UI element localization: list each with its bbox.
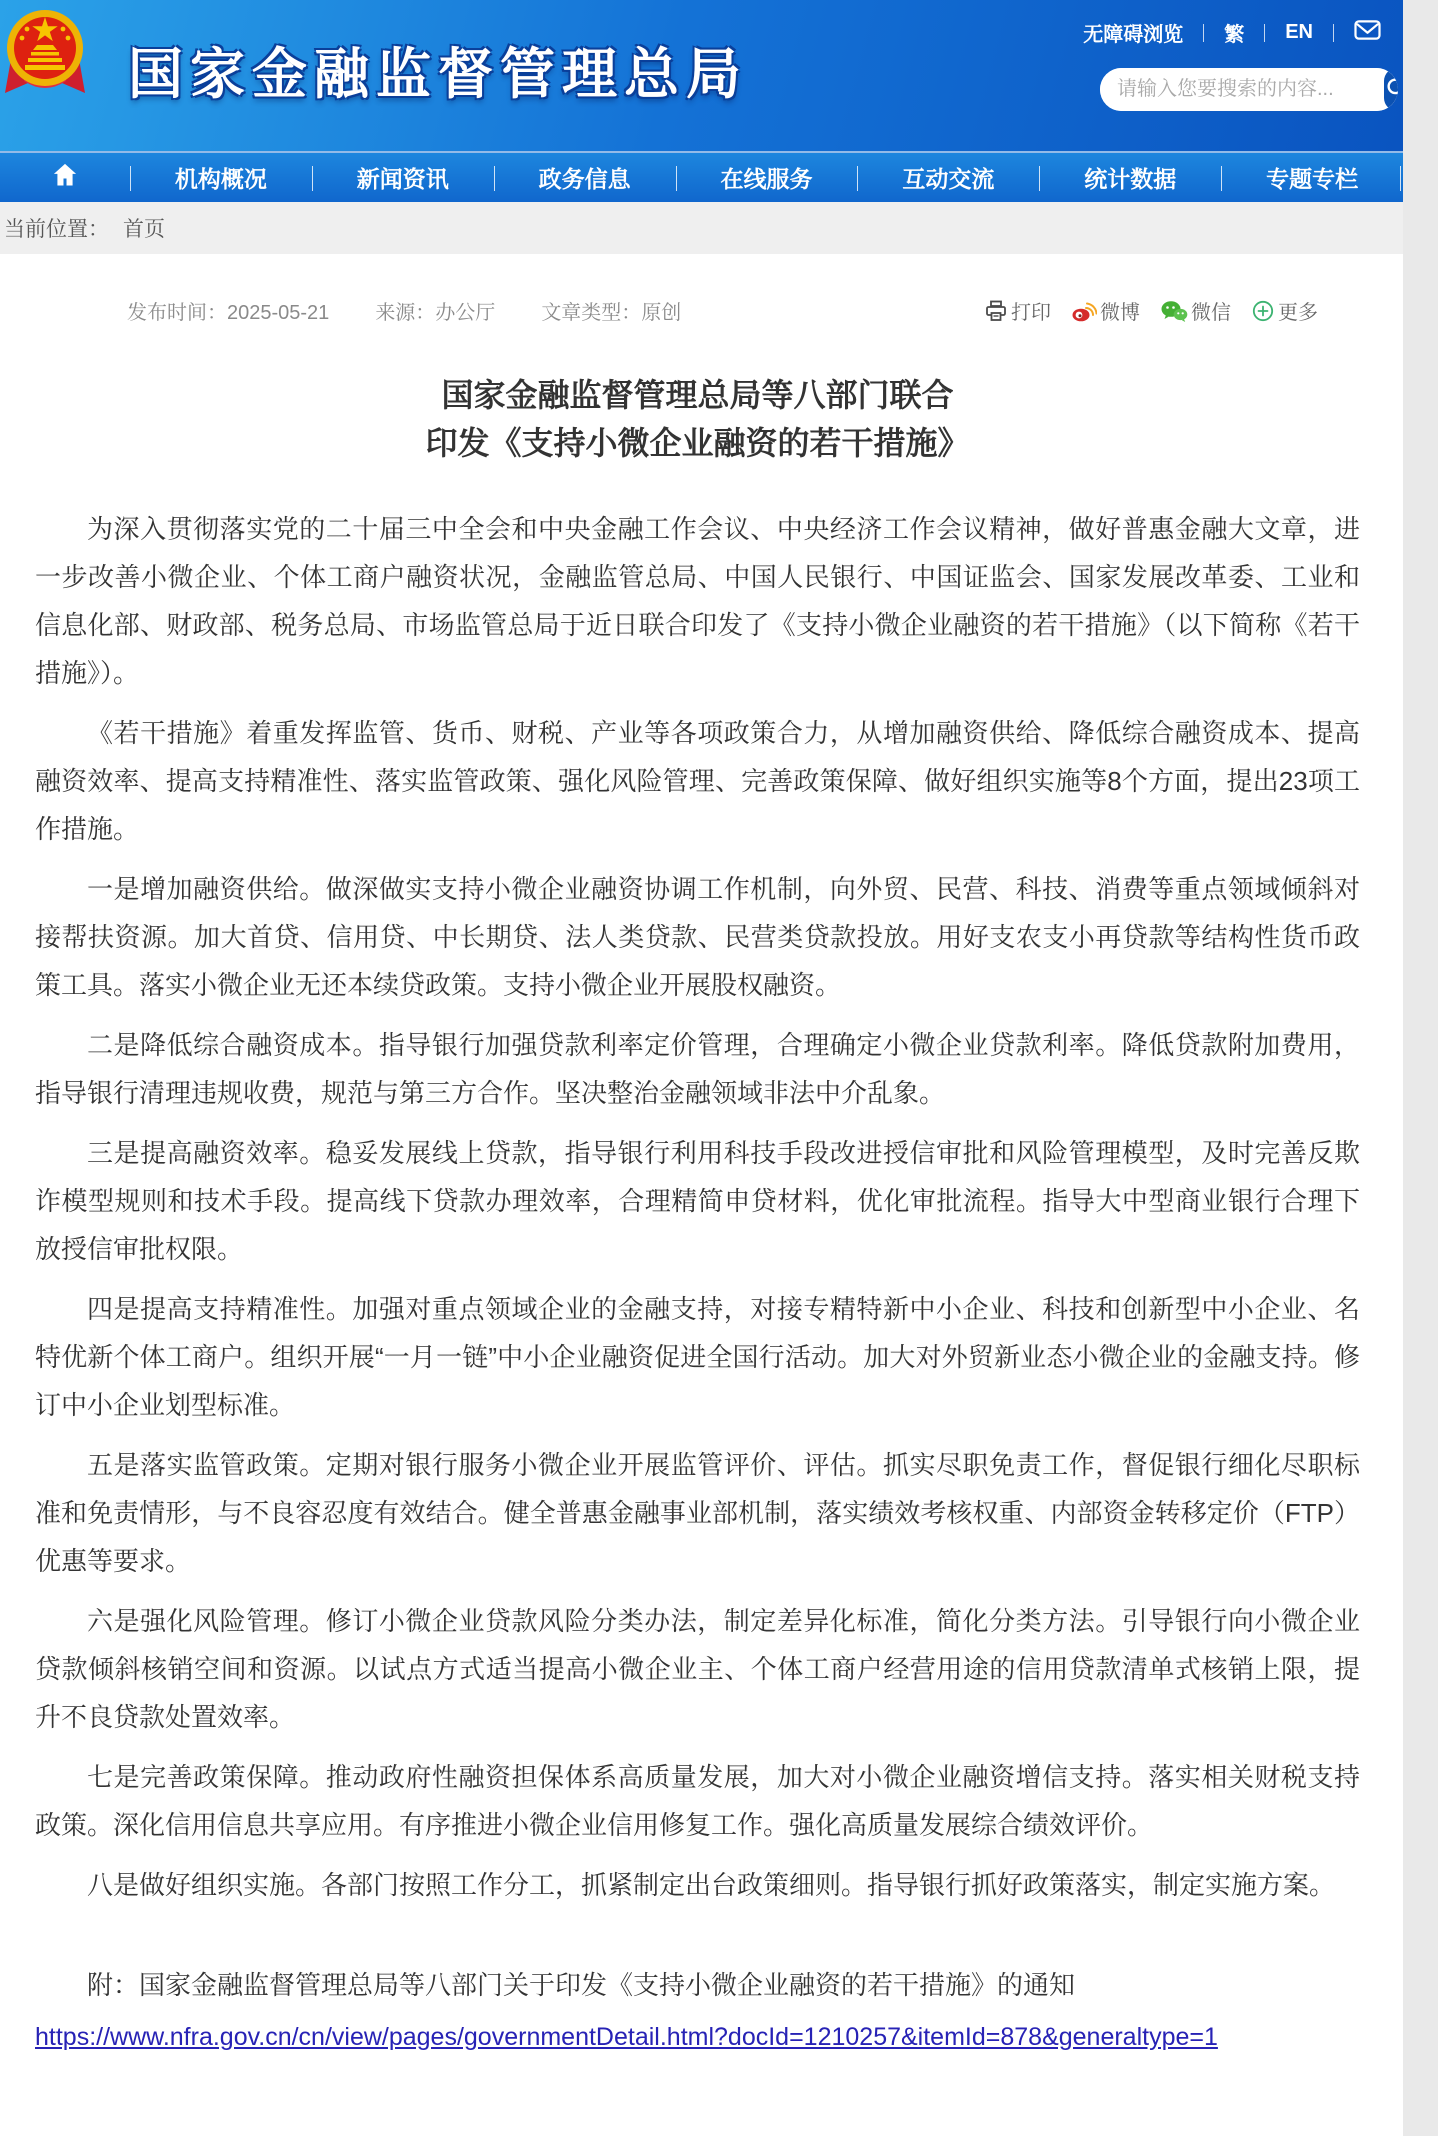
national-emblem-logo [4,3,86,109]
traditional-chinese-link[interactable]: 繁 [1204,18,1264,47]
article-paragraph: 八是做好组织实施。各部门按照工作分工，抓紧制定出台政策细则。指导银行抓好政策落实… [35,1861,1360,1909]
plus-circle-icon [1251,299,1275,323]
breadcrumb-label: 当前位置： [4,213,109,243]
home-icon [51,161,79,195]
article-paragraph: 一是增加融资供给。做深做实支持小微企业融资协调工作机制，向外贸、民营、科技、消费… [35,865,1360,1009]
article-title-line1: 国家金融监督管理总局等八部门联合 [35,371,1360,419]
wechat-icon [1160,299,1188,323]
site-header: 国家金融监督管理总局 无障碍浏览 繁 EN [0,0,1403,151]
mail-icon [1354,20,1381,46]
accessibility-link[interactable]: 无障碍浏览 [1063,18,1203,47]
article-content: 发布时间：2025-05-21 来源：办公厅 文章类型：原创 [0,296,1403,2117]
article-paragraph: 二是降低综合融资成本。指导银行加强贷款利率定价管理，合理确定小微企业贷款利率。降… [35,1021,1360,1117]
printer-icon [984,299,1008,323]
weibo-share-button[interactable]: 微博 [1071,296,1140,325]
article-paragraph: 《若干措施》着重发挥监管、货币、财税、产业等各项政策合力，从增加融资供给、降低综… [35,709,1360,853]
attachment-link[interactable]: https://www.nfra.gov.cn/cn/view/pages/go… [35,2017,1218,2057]
article-paragraph: 为深入贯彻落实党的二十届三中全会和中央金融工作会议、中央经济工作会议精神，做好普… [35,505,1360,697]
wechat-share-button[interactable]: 微信 [1160,296,1231,325]
mail-button[interactable] [1334,20,1387,46]
search-input[interactable] [1100,68,1396,111]
article-type: 文章类型：原创 [541,296,681,325]
nav-item-zhuantizhuanlan[interactable]: 专题专栏 [1221,153,1403,202]
nav-item-tongjishuju[interactable]: 统计数据 [1039,153,1221,202]
nav-item-jigougaikuang[interactable]: 机构概况 [130,153,312,202]
article-paragraph: 四是提高支持精准性。加强对重点领域企业的金融支持，对接专精特新中小企业、科技和创… [35,1285,1360,1429]
article-source: 来源：办公厅 [375,296,495,325]
nav-item-zhengwuxinxi[interactable]: 政务信息 [494,153,676,202]
article-paragraph: 六是强化风险管理。修订小微企业贷款风险分类办法，制定差异化标准，简化分类方法。引… [35,1597,1360,1741]
publish-date: 发布时间：2025-05-21 [127,296,329,325]
nav-item-zaixianfuwu[interactable]: 在线服务 [676,153,858,202]
article-body: 为深入贯彻落实党的二十届三中全会和中央金融工作会议、中央经济工作会议精神，做好普… [35,505,1360,2057]
article-meta-row: 发布时间：2025-05-21 来源：办公厅 文章类型：原创 [35,296,1360,325]
print-button[interactable]: 打印 [984,296,1051,325]
article-meta: 发布时间：2025-05-21 来源：办公厅 文章类型：原创 [127,296,681,325]
article-paragraph: 三是提高融资效率。稳妥发展线上贷款，指导银行利用科技手段改进授信审批和风险管理模… [35,1129,1360,1273]
article-paragraph: 五是落实监管政策。定期对银行服务小微企业开展监管评价、评估。抓实尽职免责工作，督… [35,1441,1360,1585]
nav-home[interactable] [0,153,130,202]
attachment-note: 附：国家金融监督管理总局等八部门关于印发《支持小微企业融资的若干措施》的通知 [35,1961,1360,2009]
site-title-link[interactable]: 国家金融监督管理总局 [128,30,748,109]
header-utility-links: 无障碍浏览 繁 EN [1063,18,1387,47]
article-title: 国家金融监督管理总局等八部门联合 印发《支持小微企业融资的若干措施》 [35,371,1360,467]
search-button[interactable] [1384,68,1398,111]
article-tools: 打印 微博 [984,296,1318,325]
page: 国家金融监督管理总局 无障碍浏览 繁 EN [0,0,1403,2136]
more-share-button[interactable]: 更多 [1251,296,1318,325]
nav-item-hudongjiaoliu[interactable]: 互动交流 [857,153,1039,202]
main-nav: 机构概况 新闻资讯 政务信息 在线服务 互动交流 统计数据 专题专栏 [0,151,1403,202]
article-title-line2: 印发《支持小微企业融资的若干措施》 [35,419,1360,467]
search-bar [1100,68,1398,111]
breadcrumb: 当前位置： 首页 [0,202,1403,254]
weibo-icon [1071,299,1097,323]
english-link[interactable]: EN [1265,21,1333,44]
search-icon [1384,75,1398,104]
nav-item-xinwenzixun[interactable]: 新闻资讯 [312,153,494,202]
article-paragraph: 七是完善政策保障。推动政府性融资担保体系高质量发展，加大对小微企业融资增信支持。… [35,1753,1360,1849]
breadcrumb-home-link[interactable]: 首页 [123,213,165,243]
